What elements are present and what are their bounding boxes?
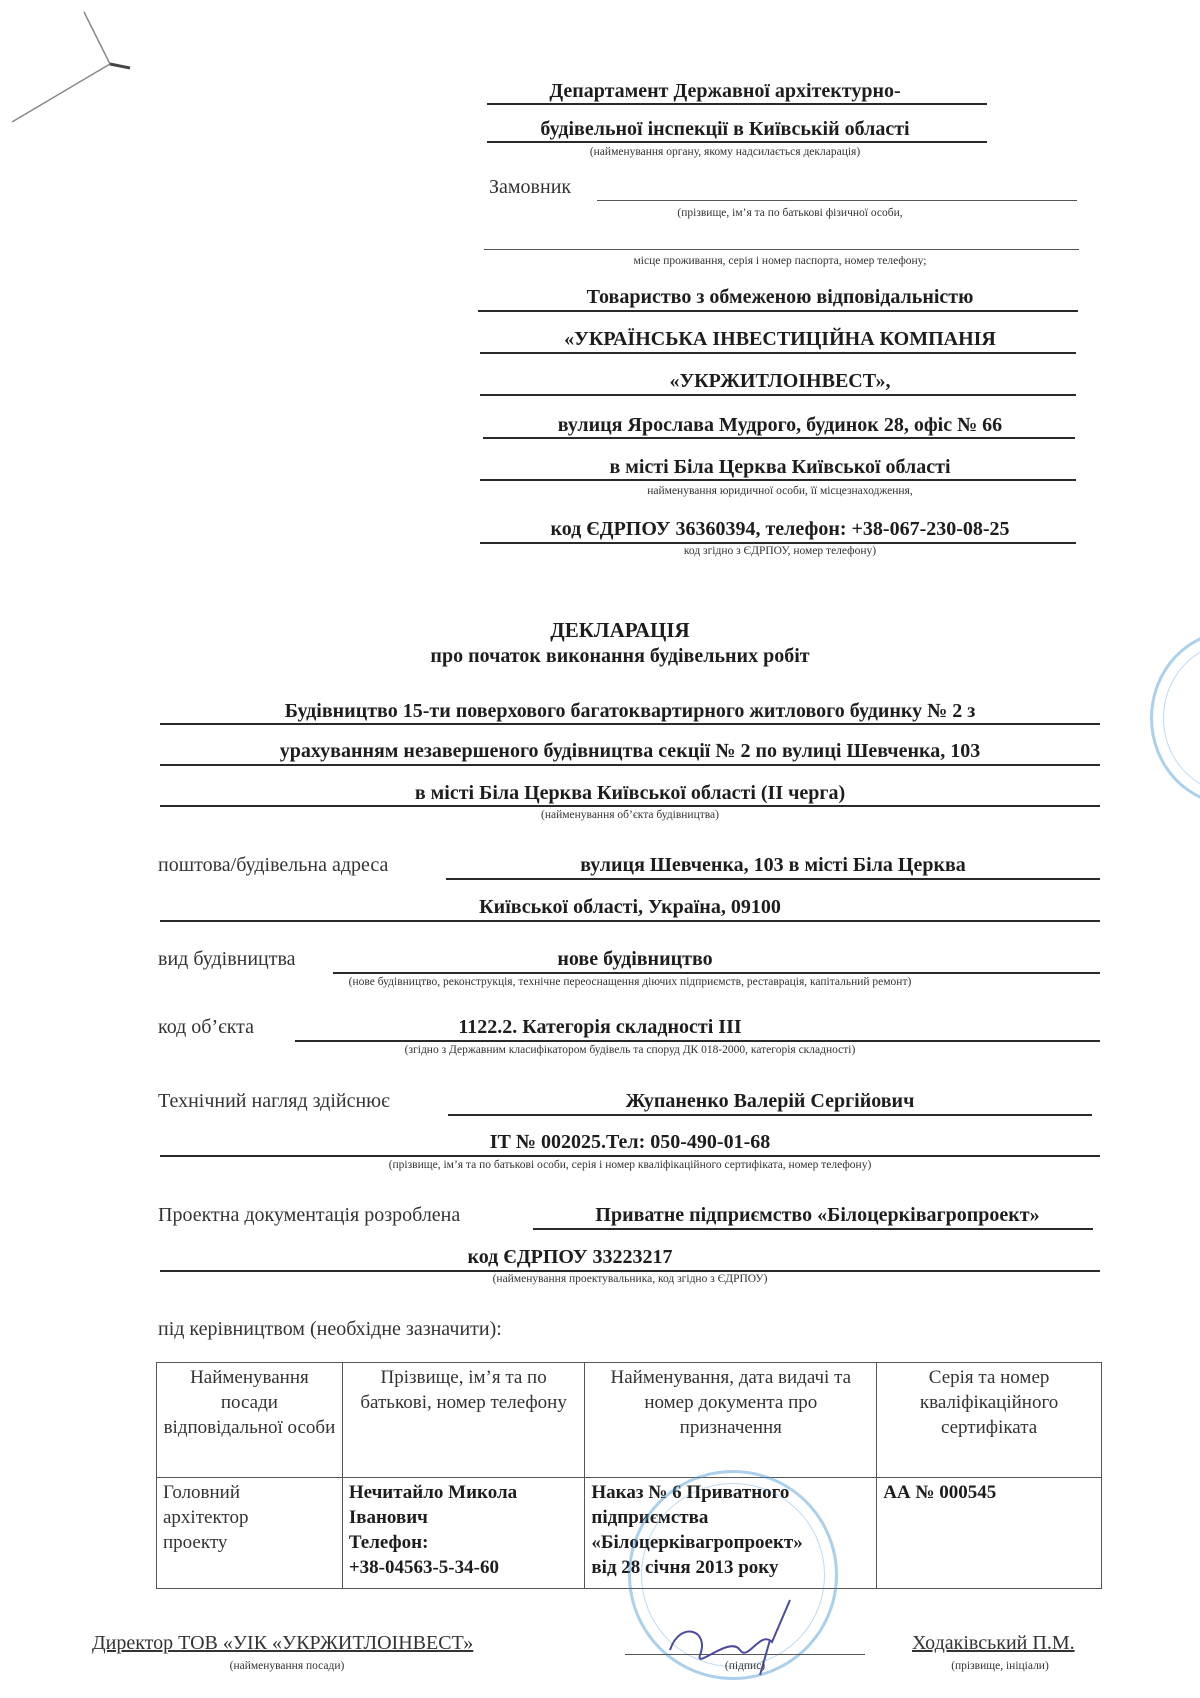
underline xyxy=(487,103,987,105)
signature-note: (підпис) xyxy=(625,1660,865,1672)
customer-code-line: код ЄДРПОУ 36360394, телефон: +38-067-23… xyxy=(485,518,1075,541)
underline xyxy=(480,542,1076,544)
customer-legal-line-3: «УКРЖИТЛОІНВЕСТ», xyxy=(485,370,1075,393)
person-line: Нечитайло Микола xyxy=(349,1480,579,1505)
signer-name: Ходаківський П.М. xyxy=(912,1632,1075,1655)
design-value-2: код ЄДРПОУ 33223217 xyxy=(160,1246,980,1269)
code-value: 1122.2. Категорія складності ІІІ xyxy=(300,1016,900,1039)
underline xyxy=(480,394,1076,396)
declaration-title: ДЕКЛАРАЦІЯ xyxy=(140,618,1100,643)
underline xyxy=(480,352,1076,354)
customer-legal-line-1: Товариство з обмеженою відповідальністю xyxy=(485,286,1075,309)
addressee-line-1: Департамент Державної архітектурно- xyxy=(460,80,990,103)
design-note: (найменування проектувальника, код згідн… xyxy=(160,1273,1100,1285)
position-line: проекту xyxy=(163,1530,336,1555)
edge-stamp xyxy=(1150,630,1200,806)
person-line: +38-04563-5-34-60 xyxy=(349,1555,579,1580)
underline xyxy=(160,1155,1100,1157)
person-line: Телефон: xyxy=(349,1530,579,1555)
signer-name-note: (прізвище, ініціали) xyxy=(905,1660,1095,1672)
customer-note-1: (прізвище, ім’я та по батькові фізичної … xyxy=(560,207,1020,219)
customer-legal-note: найменування юридичної особи, її місцезн… xyxy=(485,485,1075,497)
customer-note-2: місце проживання, серія і номер паспорта… xyxy=(480,255,1080,267)
table-header-row: Найменування посади відповідальної особи… xyxy=(157,1363,1102,1478)
customer-legal-line-4: вулиця Ярослава Мудрого, будинок 28, офі… xyxy=(485,414,1075,437)
position-line: Головний xyxy=(163,1480,336,1505)
address-value-1: вулиця Шевченка, 103 в місті Біла Церква xyxy=(448,854,1098,877)
signer-position-note: (найменування посади) xyxy=(92,1660,482,1672)
header-position: Найменування посади відповідальної особи xyxy=(157,1363,343,1478)
addressee-note: (найменування органу, якому надсилається… xyxy=(460,146,990,158)
type-label: вид будівництва xyxy=(158,948,296,971)
underline xyxy=(478,310,1078,312)
declaration-subtitle: про початок виконання будівельних робіт xyxy=(140,645,1100,668)
underline xyxy=(480,479,1076,481)
type-note: (нове будівництво, реконструкція, техніч… xyxy=(160,976,1100,988)
customer-field xyxy=(597,200,1077,201)
underline xyxy=(160,723,1100,725)
header-document: Найменування, дата видачі та номер докум… xyxy=(585,1363,877,1478)
underline xyxy=(160,805,1100,807)
object-line-1: Будівництво 15-ти поверхового багатоквар… xyxy=(160,700,1100,723)
underline xyxy=(160,1270,1100,1272)
customer-code-note: код згідно з ЄДРПОУ, номер телефону) xyxy=(485,545,1075,557)
address-field xyxy=(446,878,1100,880)
position-line: архітектор xyxy=(163,1505,336,1530)
underline xyxy=(160,920,1100,922)
object-note: (найменування об’єкта будівництва) xyxy=(160,809,1100,821)
supervision-value: Жупаненко Валерій Сергійович xyxy=(450,1090,1090,1113)
header-person: Прізвище, ім’я та по батькові, номер тел… xyxy=(342,1363,585,1478)
header-certificate: Серія та номер кваліфікаційного сертифік… xyxy=(877,1363,1102,1478)
design-value: Приватне підприємство «Білоцерківагропро… xyxy=(535,1204,1100,1227)
signer-position: Директор ТОВ «УІК «УКРЖИТЛОІНВЕСТ» xyxy=(92,1632,473,1655)
object-line-3: в місті Біла Церква Київської області (І… xyxy=(160,782,1100,805)
staple-mark xyxy=(0,0,160,140)
supervision-label: Технічний нагляд здійснює xyxy=(158,1090,390,1113)
underline xyxy=(160,764,1100,766)
cell-certificate: АА № 000545 xyxy=(877,1478,1102,1589)
code-note: (згідно з Державним класифікатором будів… xyxy=(160,1044,1100,1056)
customer-legal-line-2: «УКРАЇНСЬКА ІНВЕСТИЦІЙНА КОМПАНІЯ xyxy=(485,328,1075,351)
cell-position: Головний архітектор проекту xyxy=(157,1478,343,1589)
supervision-note: (прізвище, ім’я та по батькові особи, се… xyxy=(160,1159,1100,1171)
underline xyxy=(483,437,1075,439)
design-label: Проектна документація розроблена xyxy=(158,1204,460,1227)
address-label: поштова/будівельна адреса xyxy=(158,854,388,877)
customer-legal-line-5: в місті Біла Церква Київської області xyxy=(485,456,1075,479)
cell-person: Нечитайло Микола Іванович Телефон: +38-0… xyxy=(342,1478,585,1589)
addressee-line-2: будівельної інспекції в Київській област… xyxy=(460,118,990,141)
supervision-field xyxy=(448,1114,1092,1116)
code-label: код об’єкта xyxy=(158,1016,254,1039)
design-field xyxy=(533,1228,1093,1230)
code-field xyxy=(295,1040,1100,1042)
supervision-value-2: ІТ № 002025.Тел: 050-490-01-68 xyxy=(160,1131,1100,1154)
person-line: Іванович xyxy=(349,1505,579,1530)
type-field xyxy=(333,972,1100,974)
type-value: нове будівництво xyxy=(335,948,935,971)
customer-label: Замовник xyxy=(489,176,571,199)
underline xyxy=(487,141,987,143)
address-value-2: Київської області, Україна, 09100 xyxy=(160,896,1100,919)
object-line-2: урахуванням незавершеного будівництва се… xyxy=(160,740,1100,763)
guidance-label: під керівництвом (необхідне зазначити): xyxy=(158,1318,502,1341)
customer-field-2 xyxy=(484,249,1079,250)
